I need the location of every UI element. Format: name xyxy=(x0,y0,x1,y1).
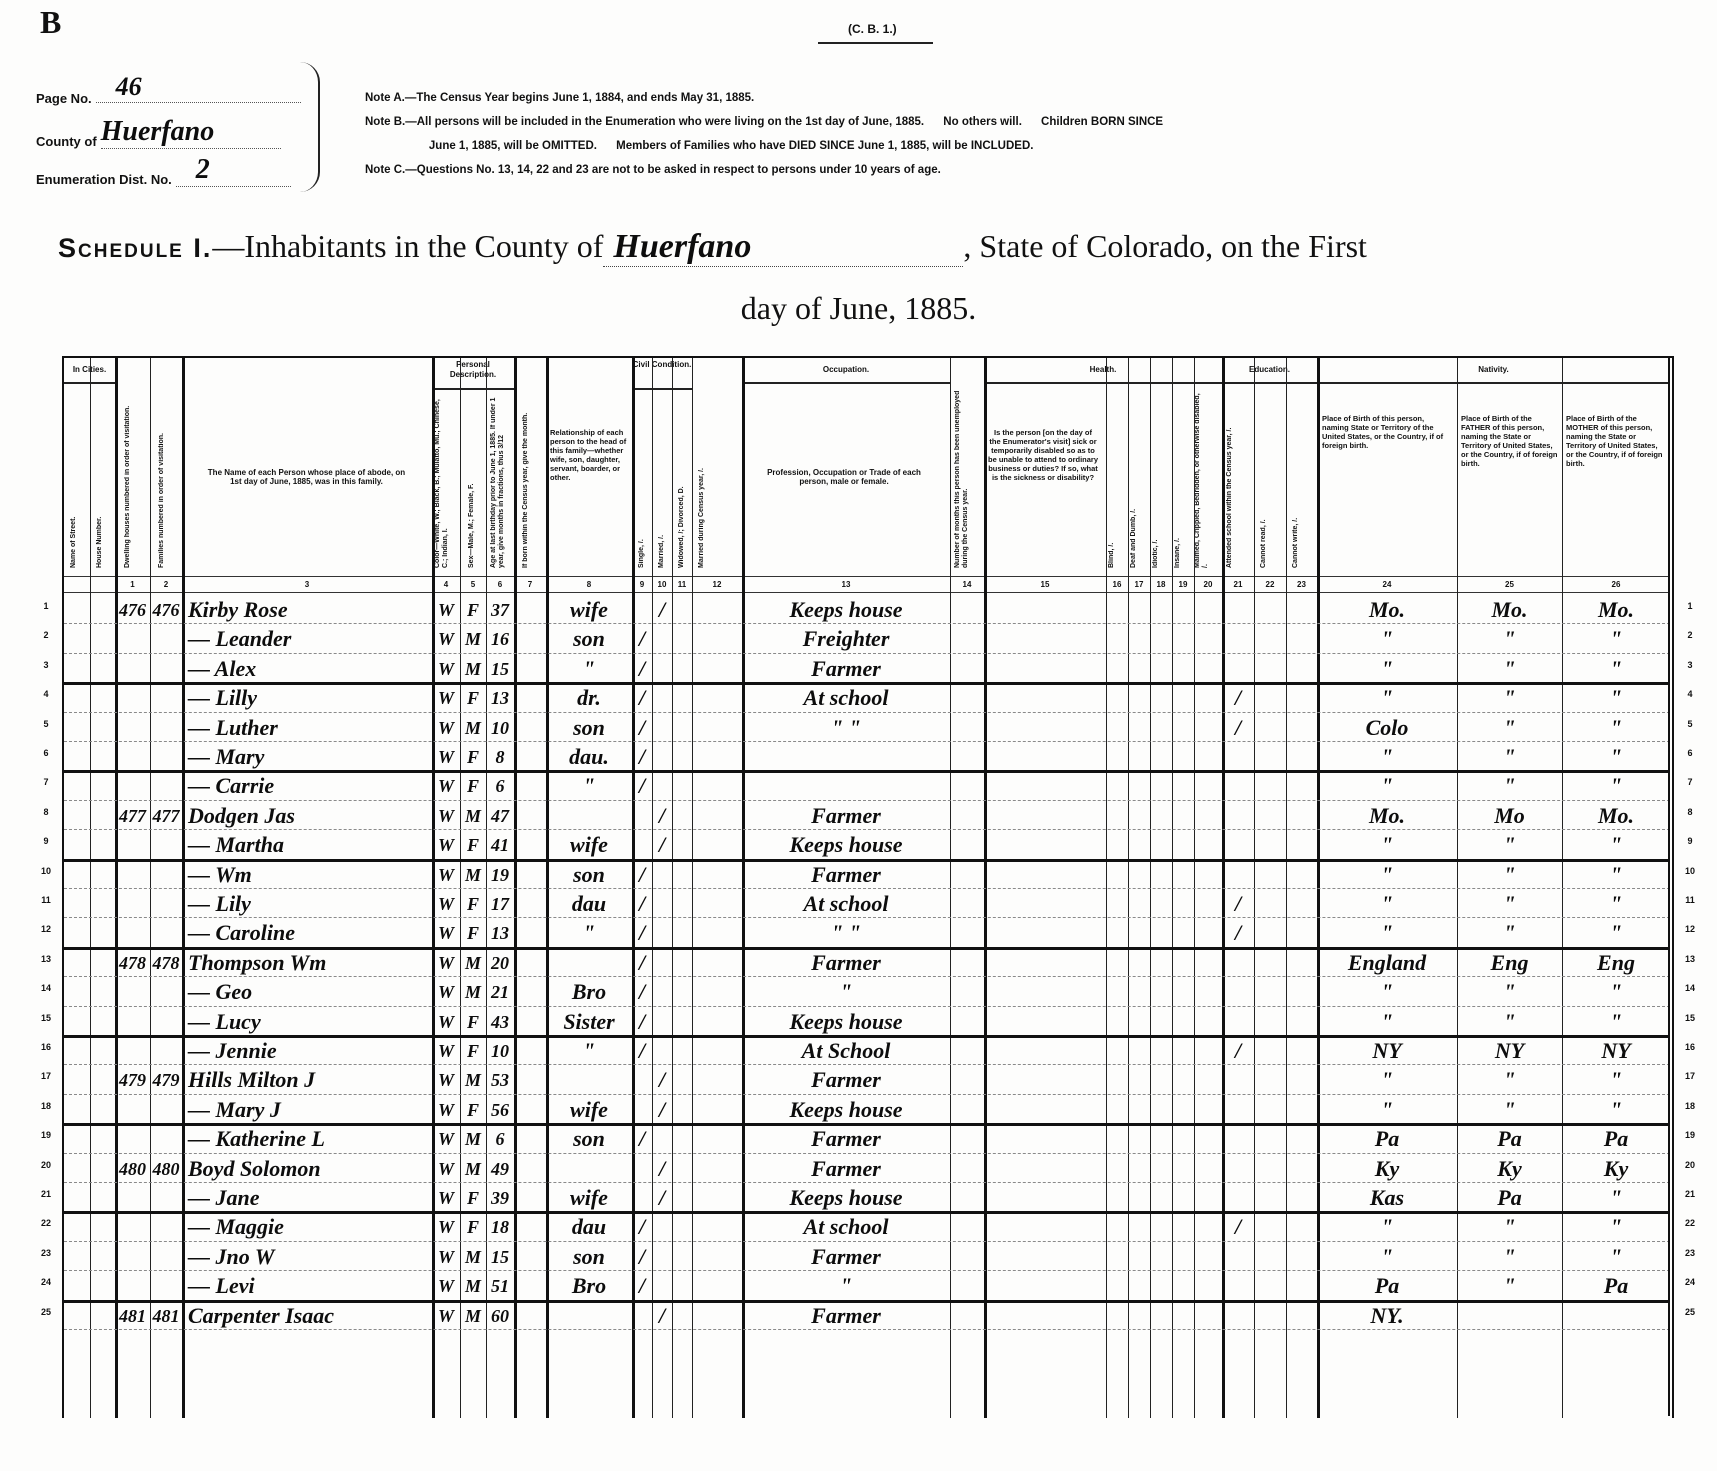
cell-name: — Lucy xyxy=(182,1006,438,1035)
cell-age: 21 xyxy=(486,976,514,1005)
cell-family xyxy=(150,653,182,682)
header-born-within: If born within the Census year, give the… xyxy=(522,378,542,568)
cell-father: " xyxy=(1457,829,1562,858)
cell-color: W xyxy=(432,1270,460,1299)
cell-color: W xyxy=(432,1064,460,1093)
cell-birth: " xyxy=(1317,829,1457,858)
row-number-right: 4 xyxy=(1676,689,1704,699)
cell-color: W xyxy=(432,888,460,917)
cell-mother: NY xyxy=(1562,1035,1670,1064)
cell-widowed xyxy=(672,1035,692,1064)
row-number-left: 4 xyxy=(32,689,60,699)
cell-sex: F xyxy=(460,1094,486,1123)
cell-single: / xyxy=(632,859,652,888)
colnum-divider xyxy=(64,592,1670,593)
cell-mother: " xyxy=(1562,1211,1670,1240)
cell-single: / xyxy=(632,1006,652,1035)
cell-birth: " xyxy=(1317,1094,1457,1123)
cell-rel: Bro xyxy=(546,1270,632,1299)
cell-family: 480 xyxy=(150,1153,182,1182)
cell-color: W xyxy=(432,976,460,1005)
table-row: — LucyWF43Sister/Keeps house""" xyxy=(64,1006,1670,1038)
cell-married: / xyxy=(652,1064,672,1093)
cell-single: / xyxy=(632,917,652,946)
cell-single: / xyxy=(632,682,652,711)
cell-single xyxy=(632,594,652,623)
cell-single: / xyxy=(632,653,652,682)
cell-mother: " xyxy=(1562,741,1670,770)
cell-school: / xyxy=(1222,682,1254,711)
cell-color: W xyxy=(432,770,460,799)
row-number-right: 23 xyxy=(1676,1248,1704,1258)
row-number-right: 17 xyxy=(1676,1071,1704,1081)
cell-mother: " xyxy=(1562,976,1670,1005)
cell-family xyxy=(150,859,182,888)
cell-age: 37 xyxy=(486,594,514,623)
cell-single: / xyxy=(632,1211,652,1240)
cell-name: — Lilly xyxy=(182,682,438,711)
column-number: 19 xyxy=(1172,580,1194,589)
cell-mother: " xyxy=(1562,653,1670,682)
cell-rel: son xyxy=(546,1241,632,1270)
cell-family xyxy=(150,829,182,858)
cell-sex: F xyxy=(460,1035,486,1064)
cell-sex: F xyxy=(460,594,486,623)
cell-occupation xyxy=(742,770,950,799)
cell-age: 13 xyxy=(486,682,514,711)
cell-birth: NY xyxy=(1317,1035,1457,1064)
cell-dwelling xyxy=(115,917,150,946)
cell-widowed xyxy=(672,976,692,1005)
row-number-right: 6 xyxy=(1676,748,1704,758)
cell-age: 16 xyxy=(486,623,514,652)
cell-color: W xyxy=(432,682,460,711)
table-row: — WmWM19son/Farmer""" xyxy=(64,859,1670,889)
cell-sex: M xyxy=(460,947,486,976)
cell-occupation: At school xyxy=(742,888,950,917)
row-number-right: 18 xyxy=(1676,1101,1704,1111)
cell-sex: M xyxy=(460,1300,486,1329)
row-number-left: 18 xyxy=(32,1101,60,1111)
column-number: 18 xyxy=(1150,580,1172,589)
cell-sex: M xyxy=(460,712,486,741)
cell-widowed xyxy=(672,770,692,799)
table-row: — LeanderWM16son/Freighter""" xyxy=(64,623,1670,653)
cell-occupation: At School xyxy=(742,1035,950,1064)
cell-dwelling: 477 xyxy=(115,800,150,829)
cell-father: " xyxy=(1457,1241,1562,1270)
header-sick: Is the person [on the day of the Enumera… xyxy=(988,428,1098,482)
cell-color: W xyxy=(432,1300,460,1329)
header-single: Single, /. xyxy=(638,508,646,568)
cell-name: Hills Milton J xyxy=(182,1064,438,1093)
cell-widowed xyxy=(672,829,692,858)
table-row: — CarolineWF13"/" "/""" xyxy=(64,917,1670,949)
cell-rel: son xyxy=(546,623,632,652)
enumeration-district-field: Enumeration Dist. No. 2 xyxy=(36,160,291,193)
cell-name: — Lily xyxy=(182,888,438,917)
cell-birth: " xyxy=(1317,1211,1457,1240)
header-divider xyxy=(64,576,1670,577)
cell-mother: " xyxy=(1562,917,1670,946)
cell-married xyxy=(652,947,672,976)
row-number-right: 11 xyxy=(1676,895,1704,905)
cell-mother: " xyxy=(1562,1064,1670,1093)
cell-rel: wife xyxy=(546,829,632,858)
cell-rel: son xyxy=(546,859,632,888)
cell-color: W xyxy=(432,1035,460,1064)
cell-widowed xyxy=(672,1094,692,1123)
cell-name: — Luther xyxy=(182,712,438,741)
cell-sex: F xyxy=(460,1006,486,1035)
row-number-left: 25 xyxy=(32,1307,60,1317)
cell-occupation: Keeps house xyxy=(742,1006,950,1035)
cell-married xyxy=(652,859,672,888)
header-widowed: Widowed, /; Divorced, D. xyxy=(678,468,686,568)
header-married: Married, /. xyxy=(658,508,666,568)
cell-sex: M xyxy=(460,1123,486,1152)
cell-widowed xyxy=(672,947,692,976)
cell-widowed xyxy=(672,1211,692,1240)
cell-rel xyxy=(546,1153,632,1182)
cell-age: 43 xyxy=(486,1006,514,1035)
cell-color: W xyxy=(432,712,460,741)
column-number: 4 xyxy=(432,580,460,589)
table-row: — AlexWM15"/Farmer""" xyxy=(64,653,1670,685)
cell-occupation: Farmer xyxy=(742,859,950,888)
header-civil: Civil Condition. xyxy=(632,358,692,390)
row-number-right: 20 xyxy=(1676,1160,1704,1170)
cell-age: 49 xyxy=(486,1153,514,1182)
cell-widowed xyxy=(672,888,692,917)
cell-mother: " xyxy=(1562,1006,1670,1035)
cell-name: — Maggie xyxy=(182,1211,438,1240)
cell-birth: " xyxy=(1317,741,1457,770)
cell-married xyxy=(652,888,672,917)
cell-age: 15 xyxy=(486,1241,514,1270)
cell-school xyxy=(1222,859,1254,888)
cell-married: / xyxy=(652,1153,672,1182)
cell-color: W xyxy=(432,1153,460,1182)
cell-rel: dau xyxy=(546,1211,632,1240)
cell-occupation: Keeps house xyxy=(742,1094,950,1123)
cell-family xyxy=(150,1094,182,1123)
row-number-left: 13 xyxy=(32,954,60,964)
column-number: 24 xyxy=(1317,580,1457,589)
row-number-left: 9 xyxy=(32,836,60,846)
page-number-value: 46 xyxy=(96,72,301,103)
cell-married xyxy=(652,712,672,741)
cell-occupation: " xyxy=(742,976,950,1005)
cell-occupation: " xyxy=(742,1270,950,1299)
cell-school: / xyxy=(1222,888,1254,917)
cell-rel: " xyxy=(546,653,632,682)
cell-rel: dr. xyxy=(546,682,632,711)
cell-father: " xyxy=(1457,1006,1562,1035)
column-number: 22 xyxy=(1254,580,1286,589)
cell-single xyxy=(632,1182,652,1211)
cell-occupation: Farmer xyxy=(742,947,950,976)
cell-color: W xyxy=(432,859,460,888)
cell-mother: " xyxy=(1562,682,1670,711)
cell-family xyxy=(150,682,182,711)
cell-birth: " xyxy=(1317,653,1457,682)
cell-widowed xyxy=(672,1064,692,1093)
header-idiotic: Idiotic, /. xyxy=(1152,498,1160,568)
header-house-number: House Number. xyxy=(96,498,104,568)
cell-color: W xyxy=(432,741,460,770)
cell-color: W xyxy=(432,1241,460,1270)
cell-color: W xyxy=(432,1094,460,1123)
cell-rel: " xyxy=(546,770,632,799)
cell-single: / xyxy=(632,947,652,976)
cell-widowed xyxy=(672,623,692,652)
cell-occupation: " " xyxy=(742,712,950,741)
cell-school: / xyxy=(1222,712,1254,741)
cell-birth: " xyxy=(1317,917,1457,946)
cell-name: — Jno W xyxy=(182,1241,438,1270)
table-row: — Jno WWM15son/Farmer""" xyxy=(64,1241,1670,1271)
cell-married xyxy=(652,623,672,652)
cell-married: / xyxy=(652,1094,672,1123)
cell-school xyxy=(1222,1123,1254,1152)
cell-sex: M xyxy=(460,1153,486,1182)
cell-sex: M xyxy=(460,976,486,1005)
cell-sex: F xyxy=(460,917,486,946)
cell-single: / xyxy=(632,1035,652,1064)
cell-married: / xyxy=(652,1300,672,1329)
table-row: 478478Thompson WmWM20/FarmerEnglandEngEn… xyxy=(64,947,1670,977)
cell-sex: F xyxy=(460,829,486,858)
cell-mother: " xyxy=(1562,888,1670,917)
table-row: — JaneWF39wife/Keeps houseKasPa" xyxy=(64,1182,1670,1214)
table-row: — MaryWF8dau./""" xyxy=(64,741,1670,773)
cell-family xyxy=(150,623,182,652)
cell-sex: M xyxy=(460,1064,486,1093)
cell-sex: M xyxy=(460,623,486,652)
row-number-left: 24 xyxy=(32,1277,60,1287)
column-number: 5 xyxy=(460,580,486,589)
table-row: — JennieWF10"/At School/NYNYNY xyxy=(64,1035,1670,1065)
row-number-left: 5 xyxy=(32,719,60,729)
cell-mother: " xyxy=(1562,623,1670,652)
column-number: 7 xyxy=(514,580,546,589)
cell-father: Ky xyxy=(1457,1153,1562,1182)
cell-rel: dau xyxy=(546,888,632,917)
cell-single: / xyxy=(632,1270,652,1299)
table-row: 479479Hills Milton JWM53/Farmer""" xyxy=(64,1064,1670,1094)
cell-dwelling xyxy=(115,712,150,741)
cell-birth: Ky xyxy=(1317,1153,1457,1182)
cell-rel xyxy=(546,1300,632,1329)
cell-name: — Jane xyxy=(182,1182,438,1211)
header-occupation: Occupation. xyxy=(742,358,950,384)
cell-sex: F xyxy=(460,770,486,799)
cell-rel: wife xyxy=(546,1094,632,1123)
cell-married xyxy=(652,682,672,711)
column-number: 17 xyxy=(1128,580,1150,589)
column-number: 3 xyxy=(182,580,432,589)
row-number-right: 15 xyxy=(1676,1013,1704,1023)
row-number-left: 11 xyxy=(32,895,60,905)
table-row: 480480Boyd SolomonWM49/FarmerKyKyKy xyxy=(64,1153,1670,1183)
cell-age: 8 xyxy=(486,741,514,770)
cell-name: — Martha xyxy=(182,829,438,858)
cell-father: Eng xyxy=(1457,947,1562,976)
cell-dwelling: 479 xyxy=(115,1064,150,1093)
cell-age: 18 xyxy=(486,1211,514,1240)
cell-mother: Ky xyxy=(1562,1153,1670,1182)
cell-occupation xyxy=(742,741,950,770)
column-number: 14 xyxy=(950,580,984,589)
cell-name: — Carrie xyxy=(182,770,438,799)
cell-family xyxy=(150,1211,182,1240)
row-number-right: 5 xyxy=(1676,719,1704,729)
cell-married: / xyxy=(652,829,672,858)
cell-married xyxy=(652,1211,672,1240)
cell-single xyxy=(632,1153,652,1182)
cell-single: / xyxy=(632,712,652,741)
column-number: 10 xyxy=(652,580,672,589)
row-number-right: 25 xyxy=(1676,1307,1704,1317)
row-number-left: 12 xyxy=(32,924,60,934)
cell-school xyxy=(1222,623,1254,652)
cell-single: / xyxy=(632,623,652,652)
row-number-right: 10 xyxy=(1676,866,1704,876)
cell-name: — Katherine L xyxy=(182,1123,438,1152)
row-number-left: 14 xyxy=(32,983,60,993)
cell-school xyxy=(1222,653,1254,682)
cell-sex: F xyxy=(460,1211,486,1240)
table-row: — MaggieWF18dau/At school/""" xyxy=(64,1211,1670,1241)
cell-family xyxy=(150,1035,182,1064)
cell-father: " xyxy=(1457,741,1562,770)
cell-father: NY xyxy=(1457,1035,1562,1064)
cell-color: W xyxy=(432,800,460,829)
cell-family xyxy=(150,770,182,799)
cell-mother: Mo. xyxy=(1562,800,1670,829)
cell-family: 476 xyxy=(150,594,182,623)
cell-dwelling xyxy=(115,859,150,888)
cell-widowed xyxy=(672,682,692,711)
district-value: 2 xyxy=(176,154,291,187)
row-number-right: 24 xyxy=(1676,1277,1704,1287)
cell-dwelling xyxy=(115,1035,150,1064)
row-number-left: 2 xyxy=(32,630,60,640)
header-insane: Insane, /. xyxy=(1174,498,1182,568)
cell-school xyxy=(1222,1300,1254,1329)
cell-birth: Mo. xyxy=(1317,800,1457,829)
cell-occupation: At school xyxy=(742,682,950,711)
cell-birth: " xyxy=(1317,1064,1457,1093)
cell-school xyxy=(1222,1153,1254,1182)
cell-color: W xyxy=(432,1182,460,1211)
cell-mother xyxy=(1562,1300,1670,1329)
cell-age: 56 xyxy=(486,1094,514,1123)
cell-widowed xyxy=(672,741,692,770)
cell-age: 60 xyxy=(486,1300,514,1329)
cell-family xyxy=(150,976,182,1005)
cell-father: " xyxy=(1457,1064,1562,1093)
table-row: — Mary JWF56wife/Keeps house""" xyxy=(64,1094,1670,1126)
cell-age: 39 xyxy=(486,1182,514,1211)
cell-family xyxy=(150,1241,182,1270)
cell-married xyxy=(652,1241,672,1270)
cell-sex: M xyxy=(460,1241,486,1270)
cell-school xyxy=(1222,976,1254,1005)
column-number: 11 xyxy=(672,580,692,589)
cell-dwelling xyxy=(115,623,150,652)
row-number-left: 22 xyxy=(32,1218,60,1228)
cell-father: " xyxy=(1457,1270,1562,1299)
table-row: — CarrieWF6"/""" xyxy=(64,770,1670,800)
column-number: 13 xyxy=(742,580,950,589)
cell-mother: " xyxy=(1562,770,1670,799)
cell-birth: " xyxy=(1317,1241,1457,1270)
cell-name: — Mary xyxy=(182,741,438,770)
cell-mother: Mo. xyxy=(1562,594,1670,623)
cell-father: Mo xyxy=(1457,800,1562,829)
row-number-left: 19 xyxy=(32,1130,60,1140)
cell-widowed xyxy=(672,594,692,623)
note-c: Note C.—Questions No. 13, 14, 22 and 23 … xyxy=(365,158,1163,182)
cell-school: / xyxy=(1222,1035,1254,1064)
cell-rel xyxy=(546,947,632,976)
cell-school xyxy=(1222,741,1254,770)
cell-birth: England xyxy=(1317,947,1457,976)
census-table: In Cities. Personal Description. Civil C… xyxy=(62,356,1674,1418)
header-married-year: Married during Census year, /. xyxy=(698,388,706,568)
cell-name: — Geo xyxy=(182,976,438,1005)
cell-dwelling xyxy=(115,976,150,1005)
cell-father: Pa xyxy=(1457,1182,1562,1211)
row-number-right: 9 xyxy=(1676,836,1704,846)
cell-name: — Jennie xyxy=(182,1035,438,1064)
cell-mother: " xyxy=(1562,1241,1670,1270)
cell-single: / xyxy=(632,770,652,799)
header-birth-father: Place of Birth of the FATHER of this per… xyxy=(1461,414,1559,468)
cell-birth: " xyxy=(1317,682,1457,711)
cell-occupation: Freighter xyxy=(742,623,950,652)
cell-rel: son xyxy=(546,1123,632,1152)
notes-block: Note A.—The Census Year begins June 1, 1… xyxy=(365,86,1163,182)
cell-married xyxy=(652,1270,672,1299)
cell-occupation: Farmer xyxy=(742,800,950,829)
cell-married xyxy=(652,917,672,946)
cell-father: " xyxy=(1457,623,1562,652)
column-number: 6 xyxy=(486,580,514,589)
cell-age: 53 xyxy=(486,1064,514,1093)
cell-dwelling: 481 xyxy=(115,1300,150,1329)
title-county: Huerfano xyxy=(603,228,963,267)
cell-age: 47 xyxy=(486,800,514,829)
header-months-unemployed: Number of months this person has been un… xyxy=(954,378,980,568)
row-number-right: 19 xyxy=(1676,1130,1704,1140)
cell-school xyxy=(1222,770,1254,799)
header-birth-mother: Place of Birth of the MOTHER of this per… xyxy=(1566,414,1664,468)
column-number: 21 xyxy=(1222,580,1254,589)
cell-single xyxy=(632,1064,652,1093)
table-row: — LeviWM51Bro/"Pa"Pa xyxy=(64,1270,1670,1302)
cell-father: " xyxy=(1457,653,1562,682)
header-dwelling: Dwelling houses numbered in order of vis… xyxy=(124,378,144,568)
cell-rel: dau. xyxy=(546,741,632,770)
form-code-underline xyxy=(818,42,933,44)
cell-widowed xyxy=(672,1006,692,1035)
cell-widowed xyxy=(672,800,692,829)
cell-mother: Pa xyxy=(1562,1123,1670,1152)
cell-birth: " xyxy=(1317,976,1457,1005)
